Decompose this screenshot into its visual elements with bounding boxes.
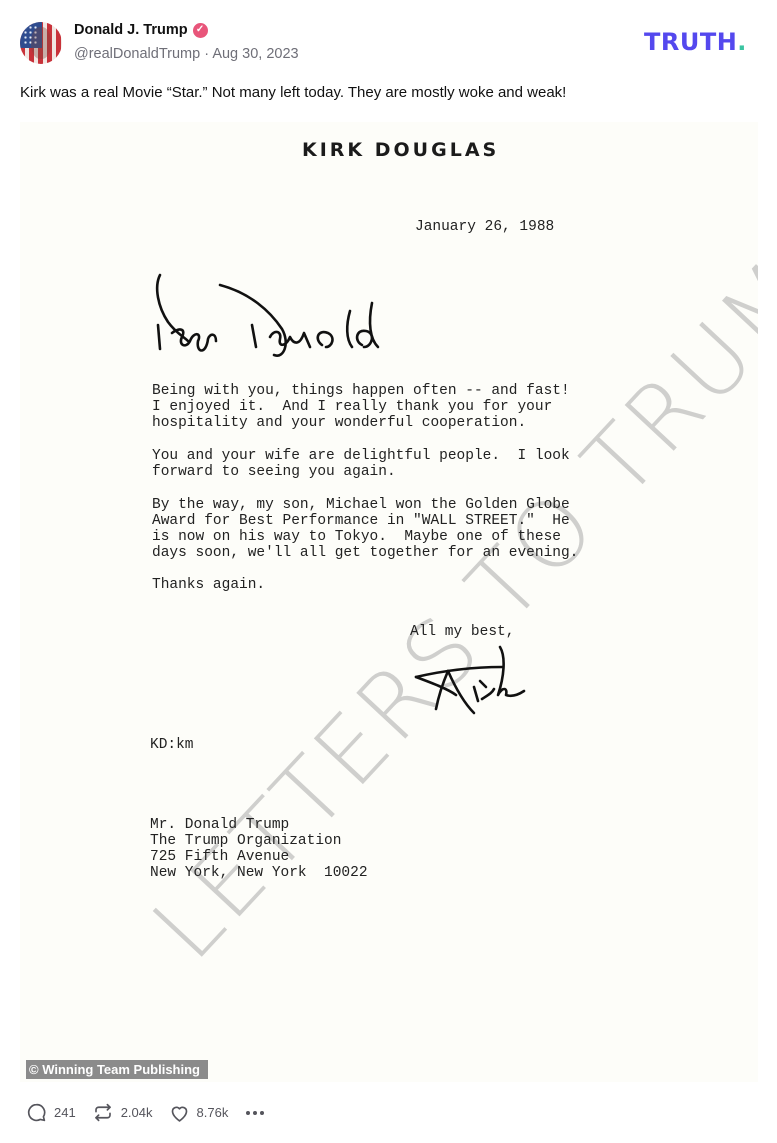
- verified-badge-icon: ✓: [193, 23, 208, 38]
- typist-initials: KD:km: [150, 737, 194, 753]
- logo-text: TRUTH: [644, 28, 737, 56]
- letterhead: KIRK DOUGLAS: [302, 139, 499, 161]
- letter-image[interactable]: LETTERS TO TRUMP KIRK DOUGLAS January 26…: [20, 122, 758, 1082]
- letter-paragraph-3: By the way, my son, Michael won the Gold…: [152, 497, 578, 561]
- letter-paragraph-2: You and your wife are delightful people.…: [152, 448, 570, 480]
- truth-social-logo[interactable]: TRUTH.: [644, 28, 747, 56]
- watermark-layer: LETTERS TO TRUMP: [20, 122, 758, 1082]
- author-name[interactable]: Donald J. Trump: [74, 22, 188, 38]
- retruth-count: 2.04k: [121, 1105, 153, 1120]
- image-credit: © Winning Team Publishing: [26, 1060, 208, 1079]
- signature-handwriting: [412, 637, 532, 717]
- speech-bubble-icon: [26, 1102, 47, 1123]
- like-count: 8.76k: [197, 1105, 229, 1120]
- recipient-address: Mr. Donald Trump The Trump Organization …: [150, 817, 368, 881]
- letter-paragraph-1: Being with you, things happen often -- a…: [152, 383, 570, 431]
- heart-icon: [169, 1103, 190, 1123]
- logo-dot: .: [737, 28, 747, 56]
- author-handle[interactable]: @realDonaldTrump: [74, 46, 200, 62]
- post-actions: 241 2.04k 8.76k: [26, 1102, 264, 1123]
- more-dots-icon[interactable]: [244, 1111, 264, 1115]
- post-text: Kirk was a real Movie “Star.” Not many l…: [20, 84, 566, 101]
- letter-paragraph-4: Thanks again.: [152, 577, 265, 593]
- like-button[interactable]: 8.76k: [169, 1103, 229, 1123]
- author-row: Donald J. Trump ✓: [74, 22, 208, 38]
- meta-separator: ·: [204, 46, 209, 62]
- retruth-button[interactable]: 2.04k: [92, 1102, 153, 1123]
- reply-button[interactable]: 241: [26, 1102, 76, 1123]
- avatar[interactable]: [20, 22, 62, 64]
- post-date[interactable]: Aug 30, 2023: [212, 46, 298, 62]
- letter-date: January 26, 1988: [415, 219, 554, 235]
- salutation-handwriting: [150, 267, 390, 362]
- avatar-face: [31, 27, 51, 59]
- post-meta: @realDonaldTrump · Aug 30, 2023: [74, 46, 299, 62]
- repost-arrows-icon: [92, 1102, 114, 1123]
- reply-count: 241: [54, 1105, 76, 1120]
